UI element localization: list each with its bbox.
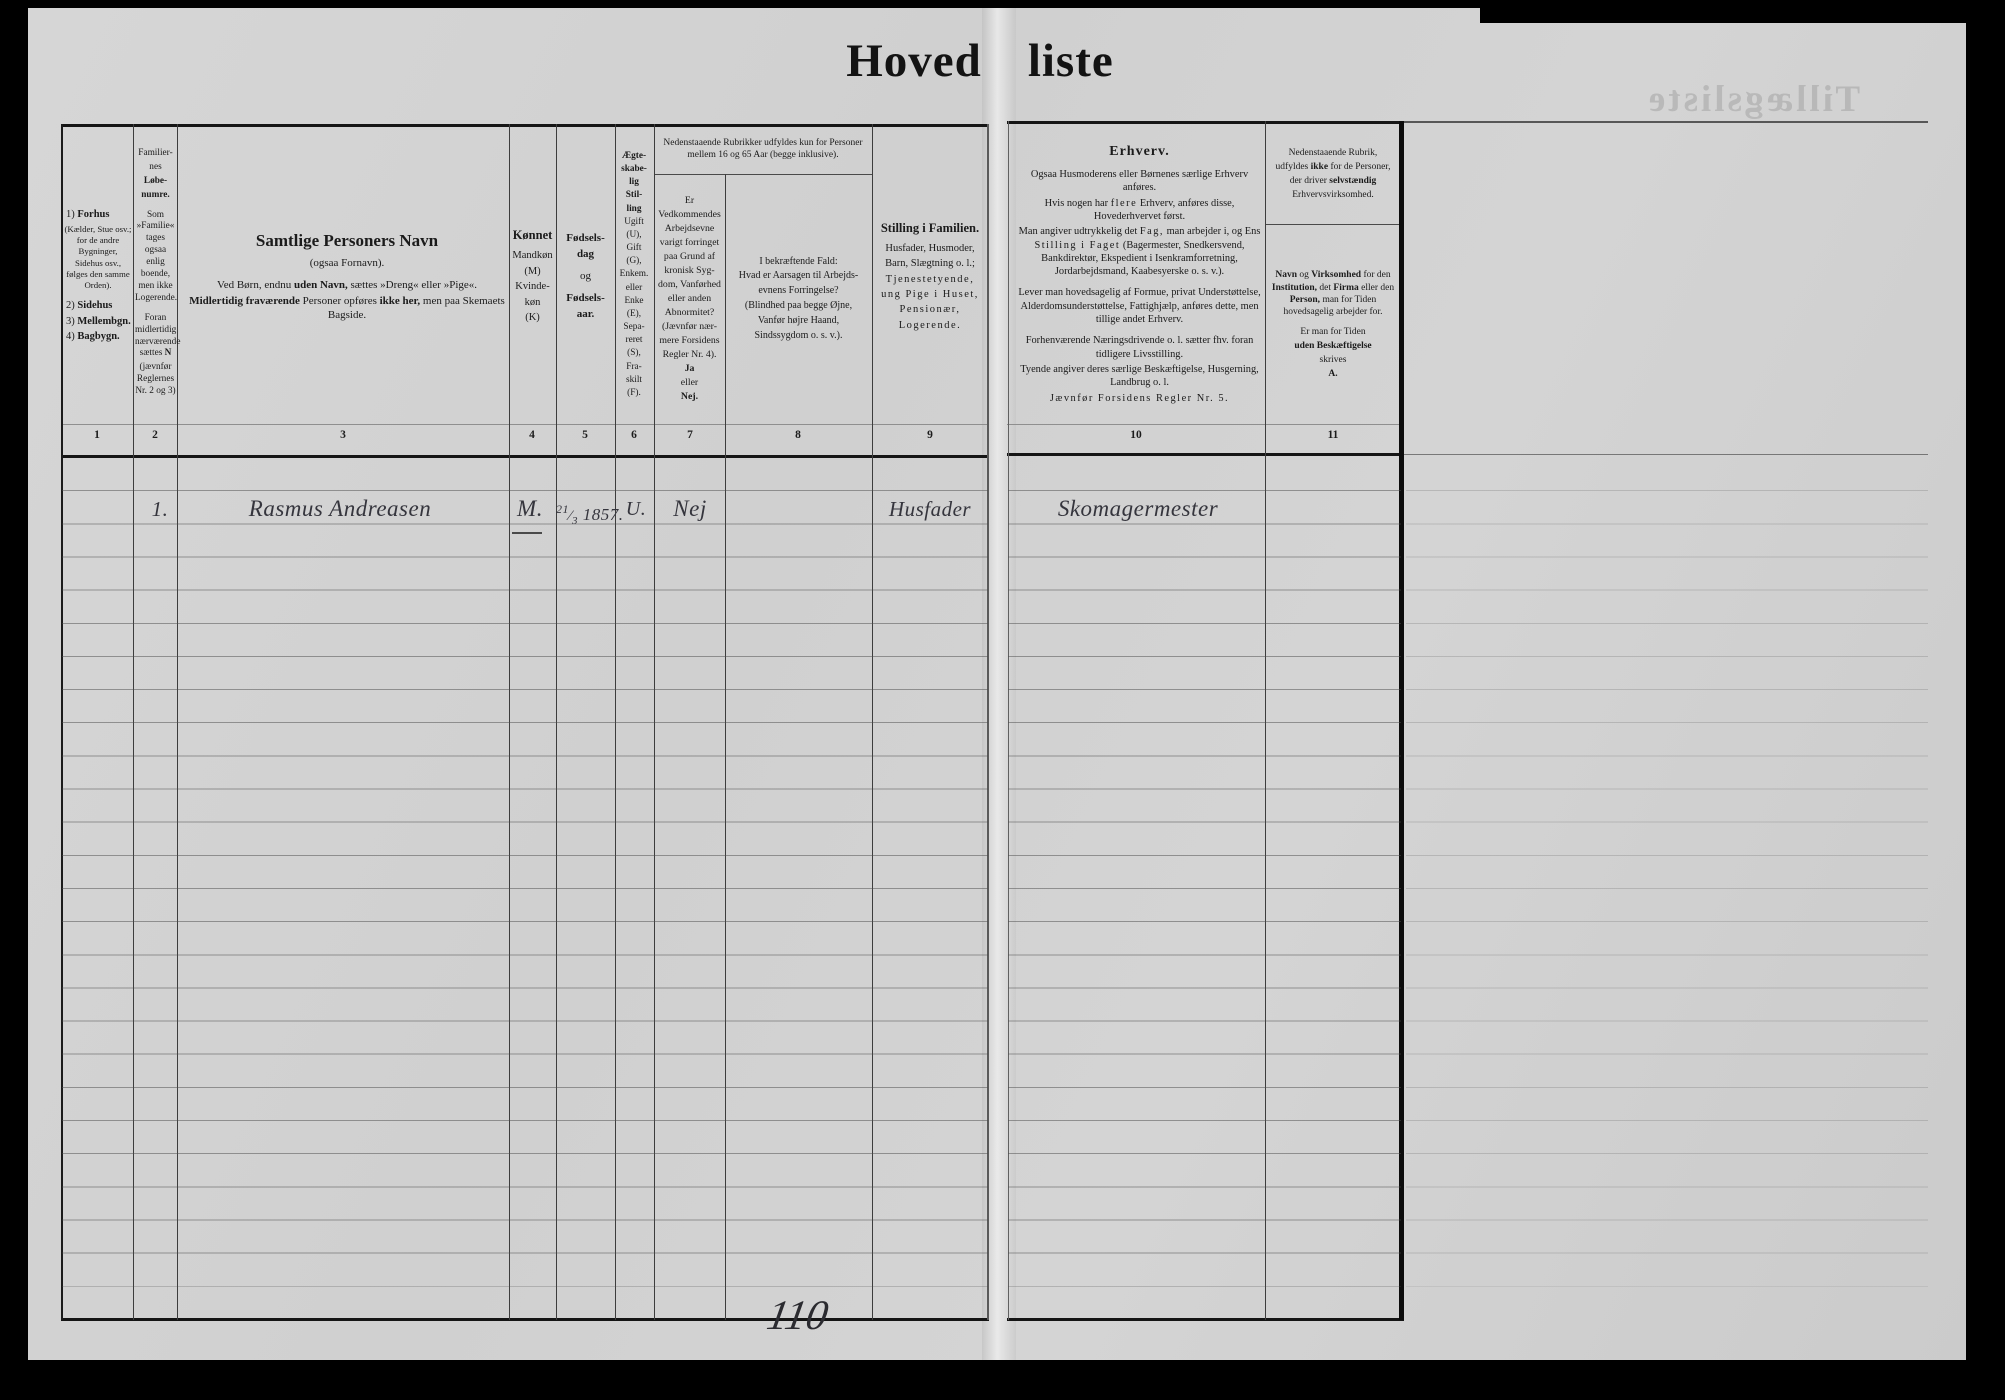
- number-row-top-left: [61, 424, 989, 425]
- entry-name: Rasmus Andreasen: [195, 495, 485, 527]
- entry-occupation: Skomagermester: [1012, 495, 1264, 527]
- column-number-2: 2: [125, 429, 185, 441]
- row-lines-left-page: [62, 458, 988, 1318]
- column-number-9: 9: [900, 429, 960, 441]
- row-lines-bleedthrough: [1406, 458, 1928, 1318]
- entry-birth-month: 3: [572, 515, 578, 527]
- col11-header-divider: [1266, 224, 1400, 225]
- col4-header: KønnetMandkøn(M)Kvinde-køn(K): [510, 128, 555, 424]
- col7-8-span-header: Nedenstaaende Rubrikker udfyldes kun for…: [657, 126, 869, 172]
- entry-family-number: 1.: [130, 495, 190, 527]
- col1-header: 1) Forhus(Kælder, Stue osv.; for de andr…: [64, 128, 132, 424]
- col11-header-top: Nedenstaaende Rubrik,udfyldes ikke for d…: [1268, 126, 1398, 222]
- entry-marital-status: U.: [616, 495, 656, 527]
- entry-family-position: Husfader: [872, 495, 988, 527]
- col10-header: Erhverv.Ogsaa Husmoderens eller Børnenes…: [1013, 126, 1266, 422]
- col9-header: Stilling i Familien.Husfader, Husmoder,B…: [874, 128, 986, 424]
- entry-birth-date: 21⁄3 1857.: [556, 495, 616, 527]
- bleedthrough-title: Tillægsliste: [1568, 78, 1938, 121]
- header-bottom-border-right: [1007, 453, 1404, 456]
- column-number-4: 4: [502, 429, 562, 441]
- column-number-10: 10: [1106, 429, 1166, 441]
- page-title-right: liste: [1028, 34, 1114, 88]
- column-number-3: 3: [313, 429, 373, 441]
- scan-edge-shadow: [1480, 8, 1966, 23]
- table-border-top-right: [1007, 121, 1404, 124]
- col3-header: Samtlige Personers Navn(ogsaa Fornavn).V…: [186, 128, 508, 424]
- row-lines-right-page: [1008, 458, 1401, 1318]
- entry-sex: M.: [505, 495, 555, 527]
- span-header-divider: [654, 174, 872, 175]
- col6-header: Ægte-skabe-ligStil-lingUgift(U),Gift(G),…: [616, 128, 652, 422]
- handwritten-page-note: 110: [737, 1288, 858, 1350]
- entry-work-impaired: Nej: [654, 495, 726, 527]
- number-row-top-right: [1007, 424, 1401, 425]
- scanned-census-page: { "page": { "title_left": "Hoved", "titl…: [0, 0, 2005, 1400]
- column-number-11: 11: [1303, 429, 1363, 441]
- table-border-top-extension: [1404, 121, 1928, 123]
- column-number-1: 1: [67, 429, 127, 441]
- column-number-7: 7: [660, 429, 720, 441]
- page-title-left: Hoved: [846, 34, 982, 88]
- table-bottom-border-right: [1007, 1318, 1404, 1321]
- col5-header: Fødsels-dagogFødsels-aar.: [557, 128, 614, 424]
- header-bottom-border-extension: [1404, 454, 1928, 456]
- entry-birth-day: 21: [556, 502, 569, 516]
- page-title: Hoved liste: [600, 34, 1360, 88]
- col8-header: I bekræftende Fald:Hvad er Aarsagen til …: [727, 176, 870, 422]
- col7-header: ErVedkommendesArbejdsevnevarigt forringe…: [656, 176, 723, 422]
- col2-header: Familier-nesLøbe-numre.Som »Familie« tag…: [135, 128, 176, 418]
- col11-header-bottom: Navn og Virksomhed for den Institution, …: [1268, 228, 1398, 422]
- entry-sex-underline: [512, 532, 542, 534]
- column-number-6: 6: [604, 429, 664, 441]
- column-number-8: 8: [768, 429, 828, 441]
